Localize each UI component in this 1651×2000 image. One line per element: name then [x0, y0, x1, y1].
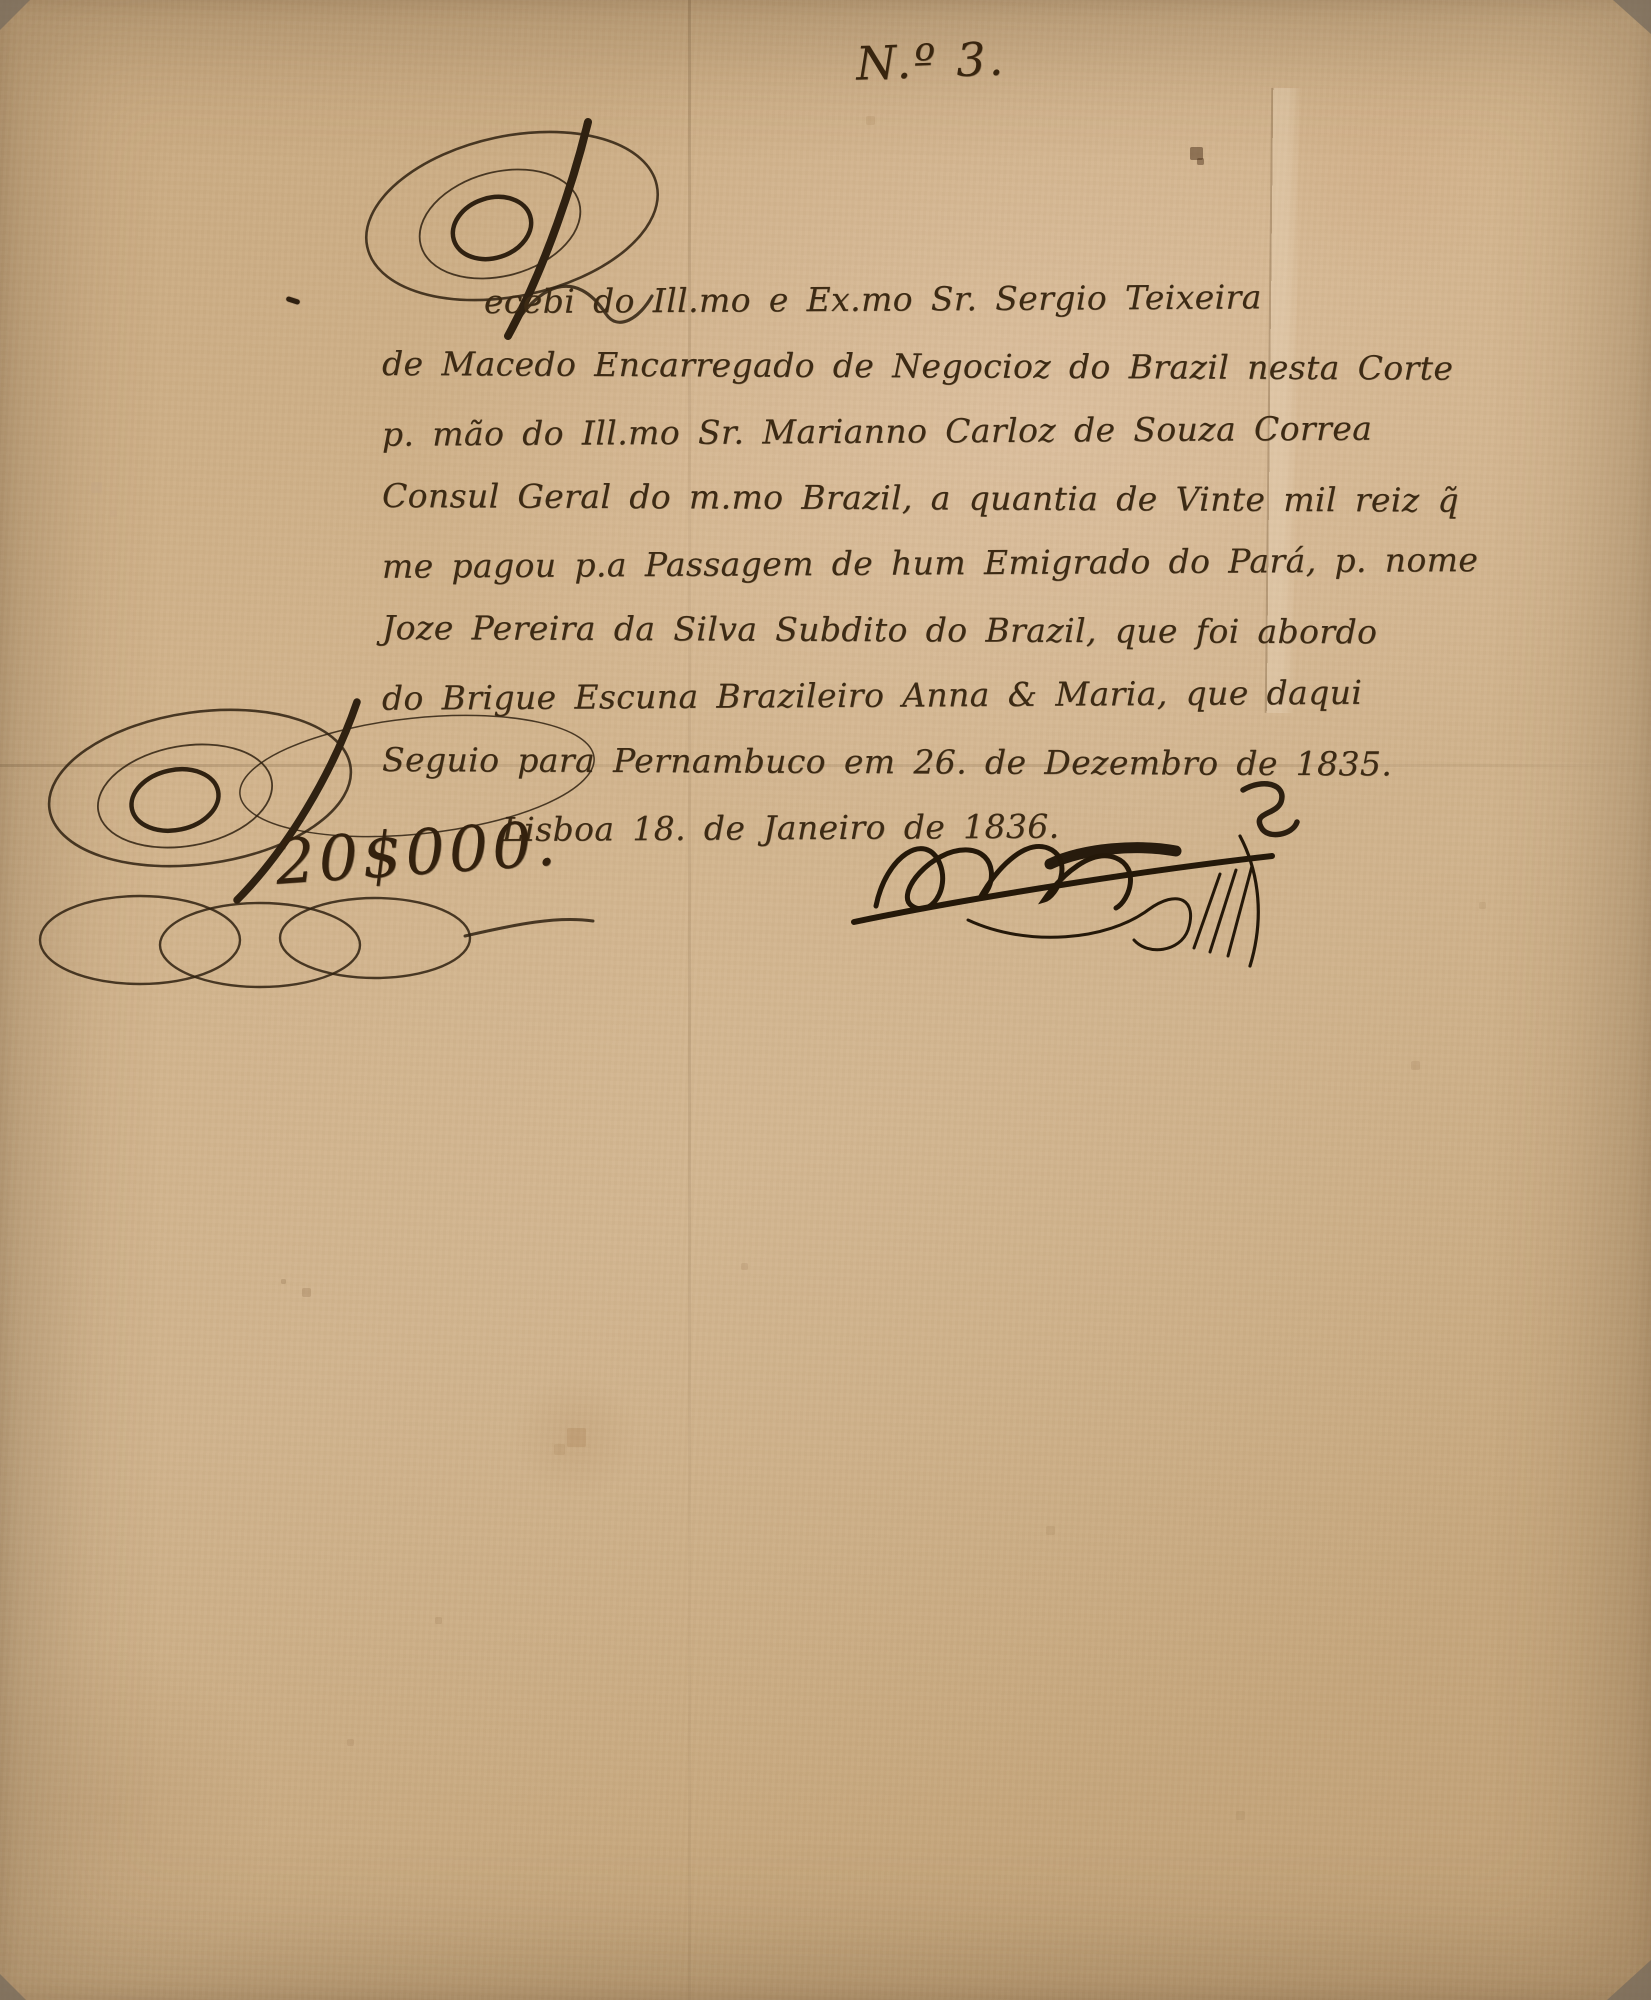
signature-ink-icon [848, 778, 1280, 976]
signature-scrawl [848, 778, 1280, 976]
body-line: me pagou p.a Passagem de hum Emigrado do… [382, 541, 1287, 613]
body-line: ecebi do Ill.mo e Ex.mo Sr. Sergio Teixe… [382, 277, 1287, 349]
scanned-document-page: { "colors": { "paper": "#cfb18a", "ink":… [0, 0, 1651, 2000]
body-line: Joze Pereira da Silva Subdito do Brazil,… [382, 608, 1287, 678]
document-number: N.º 3. [855, 31, 1007, 90]
body-line: Consul Geral do m.mo Brazil, a quantia d… [382, 476, 1287, 546]
body-line: p. mão do Ill.mo Sr. Marianno Carloz de … [382, 409, 1287, 481]
amount-block: R 20$000. [25, 688, 613, 1006]
body-line: de Macedo Encarregado de Negocioz do Bra… [382, 344, 1287, 414]
